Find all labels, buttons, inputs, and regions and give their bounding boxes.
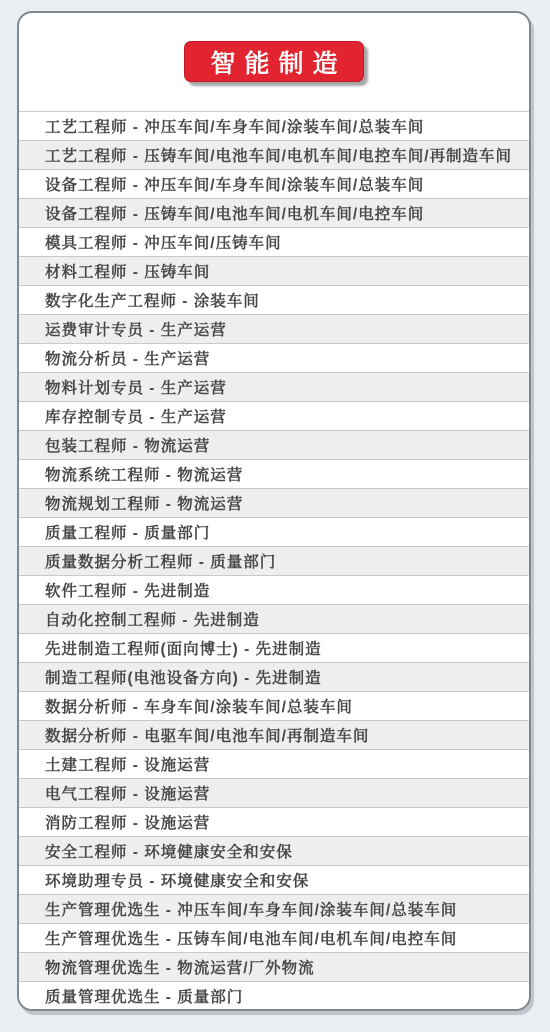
job-label: 数字化生产工程师 - 涂装车间	[45, 289, 260, 311]
job-list-item: 物流规划工程师 - 物流运营	[19, 488, 529, 517]
job-list-item: 工艺工程师 - 冲压车间/车身车间/涂装车间/总装车间	[19, 111, 529, 140]
job-list-item: 制造工程师(电池设备方向) - 先进制造	[19, 662, 529, 691]
job-list-item: 数字化生产工程师 - 涂装车间	[19, 285, 529, 314]
job-list-item: 库存控制专员 - 生产运营	[19, 401, 529, 430]
job-list-item: 质量数据分析工程师 - 质量部门	[19, 546, 529, 575]
job-list-item: 数据分析师 - 电驱车间/电池车间/再制造车间	[19, 720, 529, 749]
job-label: 包装工程师 - 物流运营	[45, 434, 210, 456]
job-label: 物流系统工程师 - 物流运营	[45, 463, 243, 485]
job-list-item: 生产管理优选生 - 压铸车间/电池车间/电机车间/电控车间	[19, 923, 529, 952]
job-category-card: 智能制造 工艺工程师 - 冲压车间/车身车间/涂装车间/总装车间 工艺工程师 -…	[17, 11, 531, 1011]
job-list-item: 软件工程师 - 先进制造	[19, 575, 529, 604]
job-label: 运费审计专员 - 生产运营	[45, 318, 227, 340]
job-label: 数据分析师 - 车身车间/涂装车间/总装车间	[45, 695, 353, 717]
job-list-item: 质量管理优选生 - 质量部门	[19, 981, 529, 1010]
job-list-item: 工艺工程师 - 压铸车间/电池车间/电机车间/电控车间/再制造车间	[19, 140, 529, 169]
job-list-item: 材料工程师 - 压铸车间	[19, 256, 529, 285]
job-list-item: 数据分析师 - 车身车间/涂装车间/总装车间	[19, 691, 529, 720]
job-label: 数据分析师 - 电驱车间/电池车间/再制造车间	[45, 724, 369, 746]
job-list-item: 生产管理优选生 - 冲压车间/车身车间/涂装车间/总装车间	[19, 894, 529, 923]
job-list-item: 运费审计专员 - 生产运营	[19, 314, 529, 343]
job-list-item: 环境助理专员 - 环境健康安全和安保	[19, 865, 529, 894]
job-list-item: 质量工程师 - 质量部门	[19, 517, 529, 546]
page-background: 智能制造 工艺工程师 - 冲压车间/车身车间/涂装车间/总装车间 工艺工程师 -…	[0, 0, 550, 1032]
job-label: 制造工程师(电池设备方向) - 先进制造	[45, 666, 322, 688]
job-list-item: 土建工程师 - 设施运营	[19, 749, 529, 778]
job-list-item: 物流管理优选生 - 物流运营/厂外物流	[19, 952, 529, 981]
job-label: 质量工程师 - 质量部门	[45, 521, 210, 543]
job-list-item: 物流分析员 - 生产运营	[19, 343, 529, 372]
job-list-item: 设备工程师 - 冲压车间/车身车间/涂装车间/总装车间	[19, 169, 529, 198]
job-label: 库存控制专员 - 生产运营	[45, 405, 227, 427]
job-list-item: 消防工程师 - 设施运营	[19, 807, 529, 836]
job-label: 安全工程师 - 环境健康安全和安保	[45, 840, 293, 862]
job-label: 质量管理优选生 - 质量部门	[45, 985, 243, 1007]
job-label: 软件工程师 - 先进制造	[45, 579, 210, 601]
job-label: 土建工程师 - 设施运营	[45, 753, 210, 775]
job-label: 设备工程师 - 冲压车间/车身车间/涂装车间/总装车间	[45, 173, 424, 195]
job-label: 工艺工程师 - 压铸车间/电池车间/电机车间/电控车间/再制造车间	[45, 144, 512, 166]
job-label: 质量数据分析工程师 - 质量部门	[45, 550, 276, 572]
job-list-item: 模具工程师 - 冲压车间/压铸车间	[19, 227, 529, 256]
job-label: 物流规划工程师 - 物流运营	[45, 492, 243, 514]
job-label: 消防工程师 - 设施运营	[45, 811, 210, 833]
job-label: 工艺工程师 - 冲压车间/车身车间/涂装车间/总装车间	[45, 115, 424, 137]
job-list-item: 物料计划专员 - 生产运营	[19, 372, 529, 401]
card-header: 智能制造	[19, 13, 529, 111]
job-label: 生产管理优选生 - 冲压车间/车身车间/涂装车间/总装车间	[45, 898, 457, 920]
job-label: 物流管理优选生 - 物流运营/厂外物流	[45, 956, 315, 978]
job-list: 工艺工程师 - 冲压车间/车身车间/涂装车间/总装车间 工艺工程师 - 压铸车间…	[19, 111, 529, 1010]
job-list-item: 安全工程师 - 环境健康安全和安保	[19, 836, 529, 865]
job-label: 自动化控制工程师 - 先进制造	[45, 608, 260, 630]
job-list-item: 电气工程师 - 设施运营	[19, 778, 529, 807]
job-label: 设备工程师 - 压铸车间/电池车间/电机车间/电控车间	[45, 202, 424, 224]
job-list-item: 设备工程师 - 压铸车间/电池车间/电机车间/电控车间	[19, 198, 529, 227]
job-label: 模具工程师 - 冲压车间/压铸车间	[45, 231, 282, 253]
job-label: 物流分析员 - 生产运营	[45, 347, 210, 369]
job-label: 电气工程师 - 设施运营	[45, 782, 210, 804]
job-label: 生产管理优选生 - 压铸车间/电池车间/电机车间/电控车间	[45, 927, 457, 949]
job-label: 先进制造工程师(面向博士) - 先进制造	[45, 637, 322, 659]
job-list-item: 包装工程师 - 物流运营	[19, 430, 529, 459]
category-title-badge: 智能制造	[184, 41, 364, 82]
job-list-item: 先进制造工程师(面向博士) - 先进制造	[19, 633, 529, 662]
job-list-item: 物流系统工程师 - 物流运营	[19, 459, 529, 488]
job-label: 材料工程师 - 压铸车间	[45, 260, 210, 282]
job-list-item: 自动化控制工程师 - 先进制造	[19, 604, 529, 633]
job-label: 环境助理专员 - 环境健康安全和安保	[45, 869, 309, 891]
job-label: 物料计划专员 - 生产运营	[45, 376, 227, 398]
